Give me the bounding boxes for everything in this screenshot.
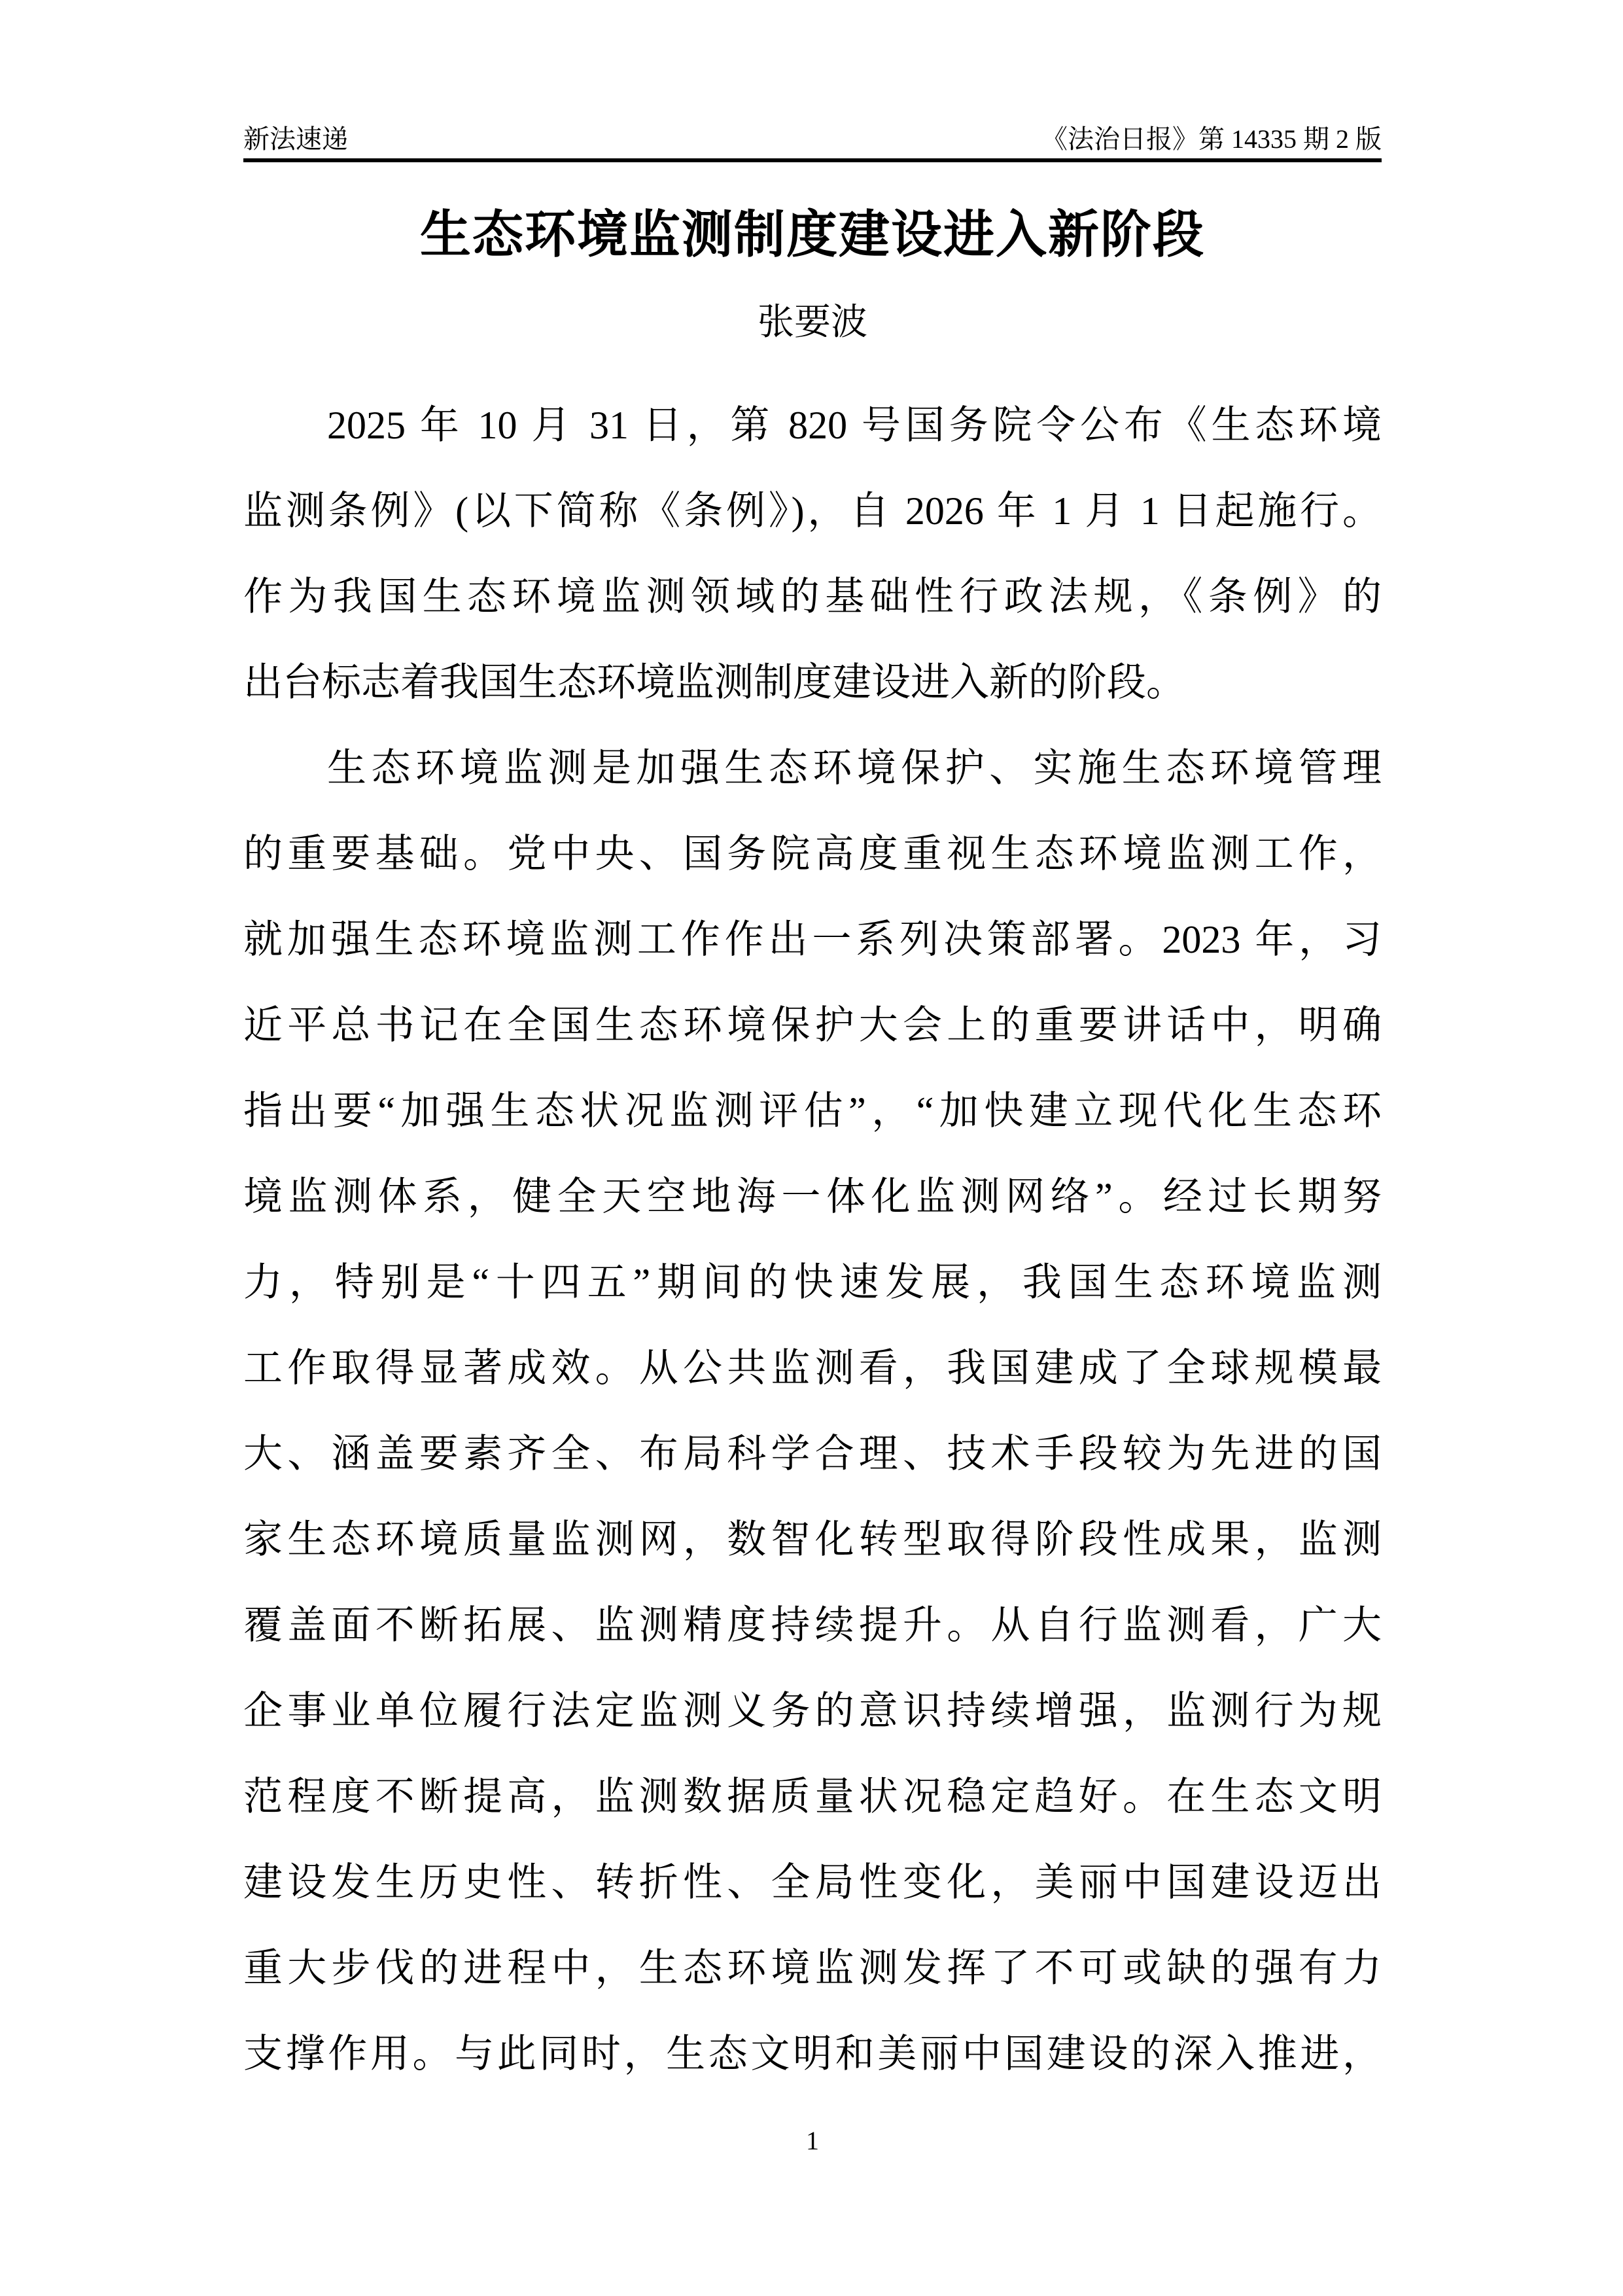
body-line: 监测条例》(以下简称《条例》)，自 2026 年 1 月 1 日起施行。 [243,468,1382,554]
body-line: 力，特别是“十四五”期间的快速发展，我国生态环境监测 [243,1240,1382,1326]
body-line: 范程度不断提高，监测数据质量状况稳定趋好。在生态文明 [243,1754,1382,1840]
body-line: 建设发生历史性、转折性、全局性变化，美丽中国建设迈出 [243,1840,1382,1926]
header-rule-divider [243,158,1382,162]
body-line: 生态环境监测是加强生态环境保护、实施生态环境管理 [243,726,1382,811]
body-paragraph: 2025 年 10 月 31 日，第 820 号国务院令公布《生态环境监测条例》… [243,383,1382,726]
body-line: 覆盖面不断拓展、监测精度持续提升。从自行监测看，广大 [243,1583,1382,1669]
body-line: 工作取得显著成效。从公共监测看，我国建成了全球规模最 [243,1326,1382,1411]
body-line: 家生态环境质量监测网，数智化转型取得阶段性成果，监测 [243,1497,1382,1583]
body-line: 2025 年 10 月 31 日，第 820 号国务院令公布《生态环境 [243,383,1382,468]
body-line: 重大步伐的进程中，生态环境监测发挥了不可或缺的强有力 [243,1926,1382,2011]
body-line: 企事业单位履行法定监测义务的意识持续增强，监测行为规 [243,1669,1382,1754]
body-line: 支撑作用。与此同时，生态文明和美丽中国建设的深入推进， [243,2011,1382,2097]
article-author: 张要波 [243,301,1382,345]
article-body: 2025 年 10 月 31 日，第 820 号国务院令公布《生态环境监测条例》… [243,383,1382,2097]
body-line: 就加强生态环境监测工作作出一系列决策部署。2023 年，习 [243,897,1382,983]
header-source-label: 《法治日报》第 14335 期 2 版 [1041,126,1382,152]
body-paragraph: 生态环境监测是加强生态环境保护、实施生态环境管理的重要基础。党中央、国务院高度重… [243,726,1382,2097]
body-line: 近平总书记在全国生态环境保护大会上的重要讲话中，明确 [243,983,1382,1069]
article-title: 生态环境监测制度建设进入新阶段 [243,207,1382,263]
body-line: 出台标志着我国生态环境监测制度建设进入新的阶段。 [243,640,1382,726]
body-line: 大、涵盖要素齐全、布局科学合理、技术手段较为先进的国 [243,1411,1382,1497]
page-header: 新法速递 《法治日报》第 14335 期 2 版 [243,118,1382,152]
header-column-label: 新法速递 [243,126,348,152]
document-page: 新法速递 《法治日报》第 14335 期 2 版 生态环境监测制度建设进入新阶段… [0,0,1623,2296]
body-line: 作为我国生态环境监测领域的基础性行政法规，《条例》的 [243,554,1382,640]
body-line: 指出要“加强生态状况监测评估”，“加快建立现代化生态环 [243,1069,1382,1154]
body-line: 境监测体系，健全天空地海一体化监测网络”。经过长期努 [243,1154,1382,1240]
body-line: 的重要基础。党中央、国务院高度重视生态环境监测工作， [243,811,1382,897]
page-number-label: 1 [243,2125,1382,2157]
